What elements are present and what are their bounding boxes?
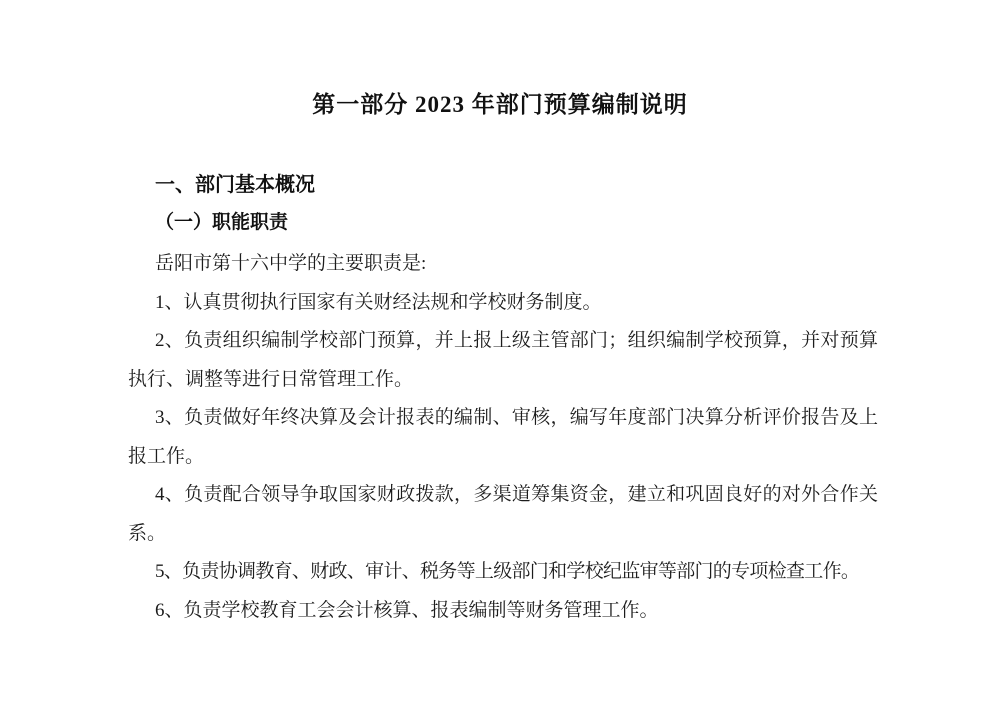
paragraph-duty-2: 2、负责组织编制学校部门预算，并上报上级主管部门；组织编制学校预算，并对预算执行…	[128, 322, 878, 399]
paragraph-duty-4: 4、负责配合领导争取国家财政拨款，多渠道筹集资金，建立和巩固良好的对外合作关系。	[128, 476, 878, 553]
document-title: 第一部分 2023 年部门预算编制说明	[0, 0, 1000, 119]
paragraph-duty-1: 1、认真贯彻执行国家有关财经法规和学校财务制度。	[128, 284, 878, 323]
paragraph-intro: 岳阳市第十六中学的主要职责是:	[128, 245, 878, 284]
document-body: 一、部门基本概况 （一）职能职责 岳阳市第十六中学的主要职责是: 1、认真贯彻执…	[128, 173, 878, 630]
section-heading-department-overview: 一、部门基本概况	[128, 173, 878, 197]
subsection-heading-functions-duties: （一）职能职责	[128, 211, 878, 235]
document-page: 第一部分 2023 年部门预算编制说明 一、部门基本概况 （一）职能职责 岳阳市…	[0, 0, 1000, 706]
paragraph-duty-5: 5、负责协调教育、财政、审计、税务等上级部门和学校纪监审等部门的专项检查工作。	[128, 553, 878, 592]
paragraph-duty-3: 3、负责做好年终决算及会计报表的编制、审核，编写年度部门决算分析评价报告及上报工…	[128, 399, 878, 476]
paragraph-duty-6: 6、负责学校教育工会会计核算、报表编制等财务管理工作。	[128, 592, 878, 631]
